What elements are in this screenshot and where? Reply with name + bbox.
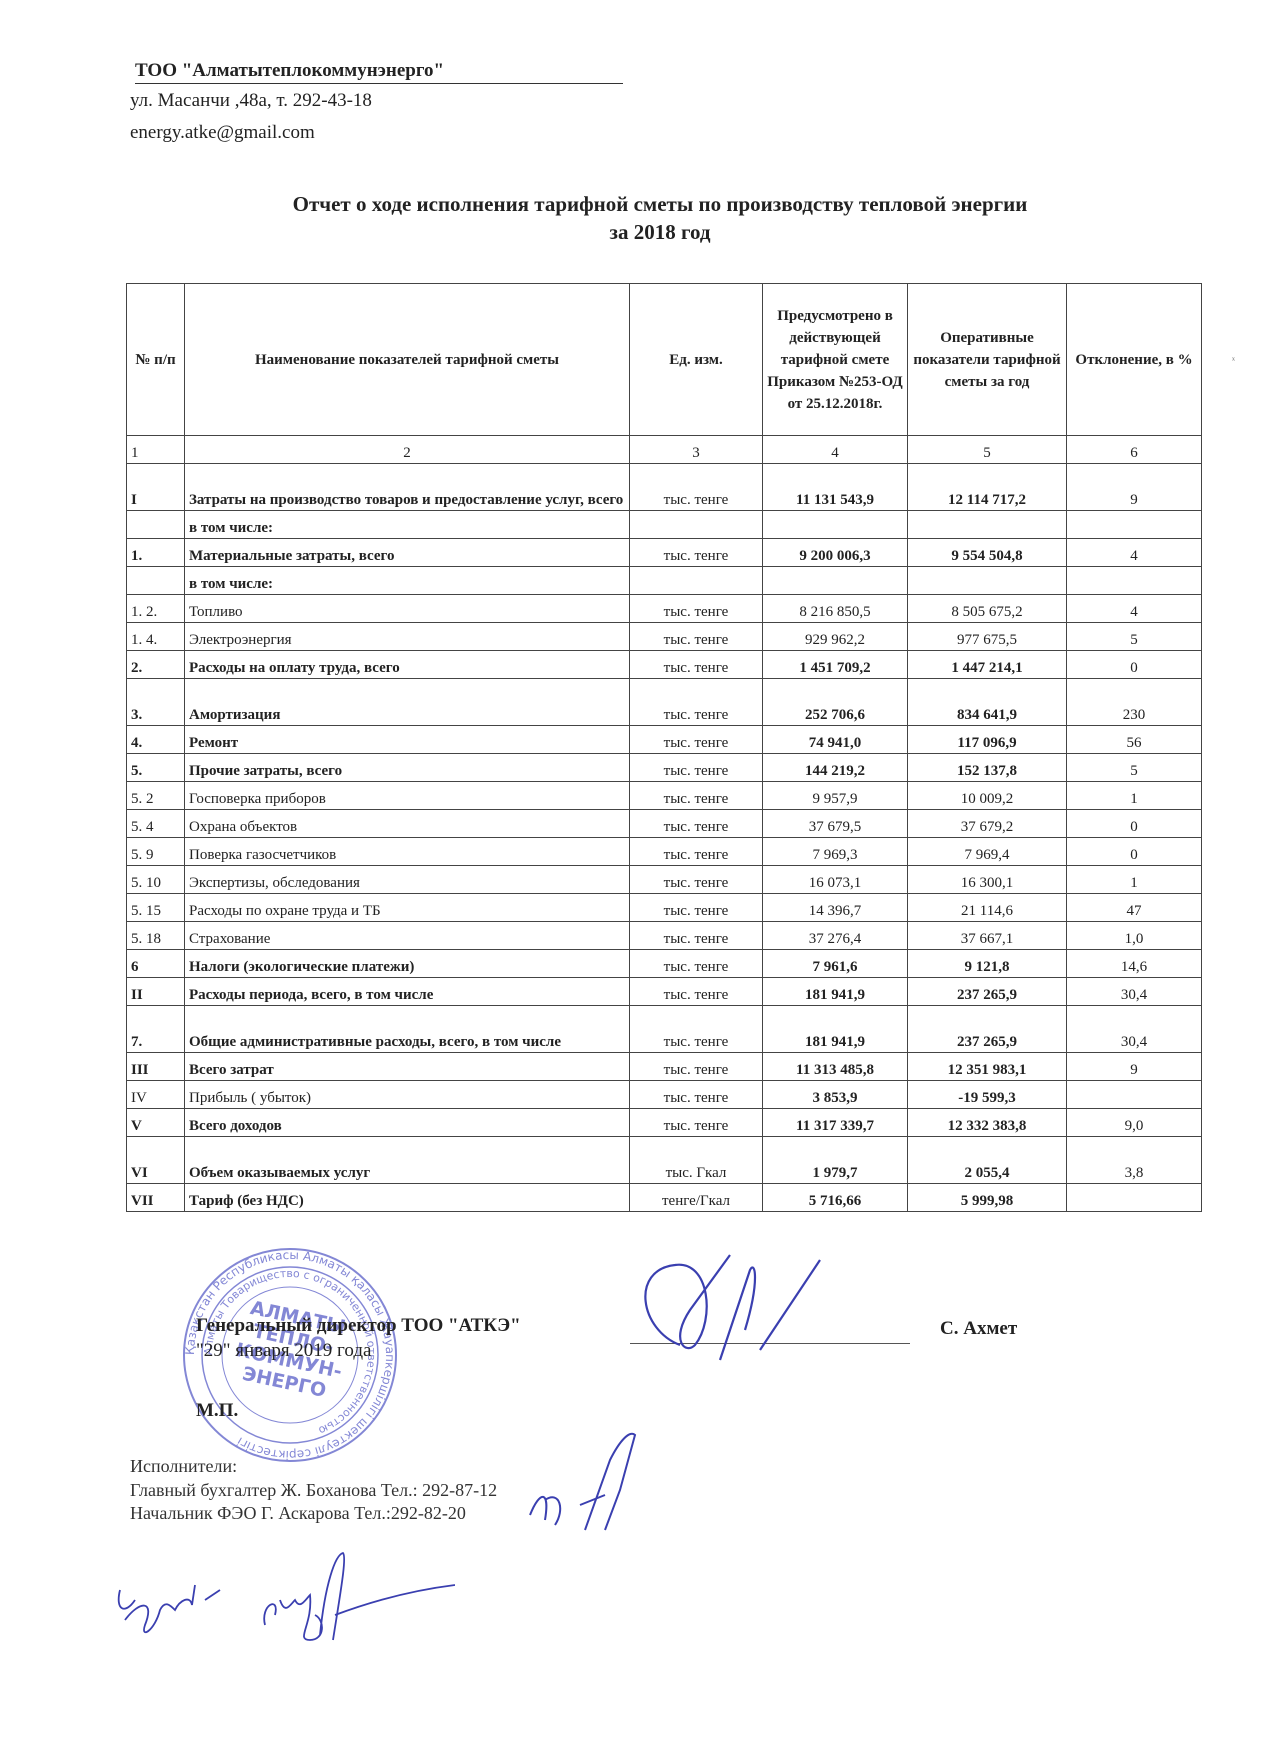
table-row: 1.Материальные затраты, всеготыс. тенге9…: [127, 539, 1202, 567]
row-planned-value: [763, 511, 908, 539]
row-actual-value: 37 679,2: [908, 810, 1067, 838]
row-deviation: 0: [1067, 838, 1202, 866]
executor-chief-accountant: Главный бухгалтер Ж. Боханова Тел.: 292-…: [130, 1480, 497, 1501]
row-actual-value: 12 114 717,2: [908, 464, 1067, 511]
row-planned-value: 181 941,9: [763, 978, 908, 1006]
row-deviation: 9,0: [1067, 1109, 1202, 1137]
row-code: 4.: [127, 726, 185, 754]
column-index-row: 1 2 3 4 5 6: [127, 436, 1202, 464]
row-indicator-name: Амортизация: [185, 679, 630, 726]
row-unit: тыс. тенге: [630, 539, 763, 567]
row-deviation: 14,6: [1067, 950, 1202, 978]
row-actual-value: -19 599,3: [908, 1081, 1067, 1109]
tariff-estimate-table: № п/п Наименование показателей тарифной …: [126, 283, 1202, 1212]
row-code: II: [127, 978, 185, 1006]
scan-mark: ˣ: [1232, 355, 1235, 366]
table-row: 5. 4Охрана объектовтыс. тенге37 679,537 …: [127, 810, 1202, 838]
row-deviation: 3,8: [1067, 1137, 1202, 1184]
table-row: 6Налоги (экологические платежи)тыс. тенг…: [127, 950, 1202, 978]
row-unit: [630, 511, 763, 539]
row-indicator-name: Налоги (экологические платежи): [185, 950, 630, 978]
row-code: III: [127, 1053, 185, 1081]
row-planned-value: 11 313 485,8: [763, 1053, 908, 1081]
row-indicator-name: в том числе:: [185, 511, 630, 539]
row-code: IV: [127, 1081, 185, 1109]
header-deviation: Отклонение, в %: [1067, 284, 1202, 436]
row-actual-value: 16 300,1: [908, 866, 1067, 894]
row-planned-value: 11 317 339,7: [763, 1109, 908, 1137]
table-row: 2.Расходы на оплату труда, всеготыс. тен…: [127, 651, 1202, 679]
row-actual-value: 117 096,9: [908, 726, 1067, 754]
row-actual-value: 12 351 983,1: [908, 1053, 1067, 1081]
row-planned-value: [763, 567, 908, 595]
table-row: 4.Ремонттыс. тенге74 941,0117 096,956: [127, 726, 1202, 754]
organization-address: ул. Масанчи ,48а, т. 292-43-18: [130, 90, 372, 112]
executor-head-feo: Начальник ФЭО Г. Аскарова Тел.:292-82-20: [130, 1503, 466, 1524]
table-row: 5.Прочие затраты, всеготыс. тенге144 219…: [127, 754, 1202, 782]
director-signature-icon: [620, 1250, 840, 1380]
table-row: VВсего доходовтыс. тенге11 317 339,712 3…: [127, 1109, 1202, 1137]
row-planned-value: 37 276,4: [763, 922, 908, 950]
table-row: 3.Амортизациятыс. тенге252 706,6834 641,…: [127, 679, 1202, 726]
table-row: 5. 10Экспертизы, обследованиятыс. тенге1…: [127, 866, 1202, 894]
row-actual-value: 12 332 383,8: [908, 1109, 1067, 1137]
table-row: IIРасходы периода, всего, в том числетыс…: [127, 978, 1202, 1006]
row-indicator-name: Страхование: [185, 922, 630, 950]
row-unit: [630, 567, 763, 595]
header-planned: Предусмотрено в действующей тарифной сме…: [763, 284, 908, 436]
row-unit: тыс. тенге: [630, 1006, 763, 1053]
row-deviation: 47: [1067, 894, 1202, 922]
report-title-line2: за 2018 год: [180, 218, 1140, 246]
organization-name: ТОО "Алматытеплокоммунэнерго": [135, 60, 623, 84]
row-actual-value: 977 675,5: [908, 623, 1067, 651]
executors-label: Исполнители:: [130, 1456, 237, 1477]
row-actual-value: 10 009,2: [908, 782, 1067, 810]
row-unit: тыс. тенге: [630, 651, 763, 679]
row-deviation: [1067, 567, 1202, 595]
table-row: 5. 2Госповерка приборовтыс. тенге9 957,9…: [127, 782, 1202, 810]
row-deviation: [1067, 511, 1202, 539]
row-indicator-name: Экспертизы, обследования: [185, 866, 630, 894]
row-unit: тыс. тенге: [630, 838, 763, 866]
row-planned-value: 37 679,5: [763, 810, 908, 838]
row-unit: тыс. тенге: [630, 754, 763, 782]
director-name: С. Ахмет: [940, 1318, 1017, 1340]
director-title: Генеральный директор ТОО "АТКЭ": [196, 1315, 521, 1337]
row-unit: тыс. Гкал: [630, 1137, 763, 1184]
row-actual-value: [908, 511, 1067, 539]
row-planned-value: 1 451 709,2: [763, 651, 908, 679]
row-unit: тыс. тенге: [630, 679, 763, 726]
row-actual-value: 7 969,4: [908, 838, 1067, 866]
row-deviation: 9: [1067, 1053, 1202, 1081]
table-row: IIIВсего затраттыс. тенге11 313 485,812 …: [127, 1053, 1202, 1081]
column-index: 3: [630, 436, 763, 464]
row-actual-value: 8 505 675,2: [908, 595, 1067, 623]
row-planned-value: 11 131 543,9: [763, 464, 908, 511]
header-number: № п/п: [127, 284, 185, 436]
row-code: 5. 4: [127, 810, 185, 838]
header-unit: Ед. изм.: [630, 284, 763, 436]
approval-signature-icon: [110, 1570, 230, 1640]
row-indicator-name: Тариф (без НДС): [185, 1184, 630, 1212]
row-planned-value: 1 979,7: [763, 1137, 908, 1184]
row-code: I: [127, 464, 185, 511]
row-planned-value: 9 200 006,3: [763, 539, 908, 567]
row-unit: тыс. тенге: [630, 1053, 763, 1081]
row-planned-value: 16 073,1: [763, 866, 908, 894]
row-indicator-name: Всего затрат: [185, 1053, 630, 1081]
table-row: 1. 2.Топливотыс. тенге8 216 850,58 505 6…: [127, 595, 1202, 623]
table-row: в том числе:: [127, 511, 1202, 539]
row-planned-value: 8 216 850,5: [763, 595, 908, 623]
row-code: 6: [127, 950, 185, 978]
row-unit: тыс. тенге: [630, 978, 763, 1006]
row-deviation: 1,0: [1067, 922, 1202, 950]
row-indicator-name: Расходы на оплату труда, всего: [185, 651, 630, 679]
table-row: IЗатраты на производство товаров и предо…: [127, 464, 1202, 511]
row-planned-value: 252 706,6: [763, 679, 908, 726]
row-indicator-name: Объем оказываемых услуг: [185, 1137, 630, 1184]
row-deviation: 0: [1067, 651, 1202, 679]
row-actual-value: 237 265,9: [908, 978, 1067, 1006]
row-actual-value: 9 121,8: [908, 950, 1067, 978]
row-actual-value: 1 447 214,1: [908, 651, 1067, 679]
seal-label: М.П.: [196, 1400, 238, 1422]
row-deviation: 30,4: [1067, 978, 1202, 1006]
report-title-line1: Отчет о ходе исполнения тарифной сметы п…: [180, 190, 1140, 218]
row-deviation: 4: [1067, 595, 1202, 623]
row-code: 5. 9: [127, 838, 185, 866]
row-unit: тыс. тенге: [630, 1109, 763, 1137]
row-unit: тыс. тенге: [630, 782, 763, 810]
row-planned-value: 144 219,2: [763, 754, 908, 782]
row-unit: тыс. тенге: [630, 810, 763, 838]
row-unit: тыс. тенге: [630, 950, 763, 978]
row-unit: тыс. тенге: [630, 1081, 763, 1109]
row-planned-value: 3 853,9: [763, 1081, 908, 1109]
report-title: Отчет о ходе исполнения тарифной сметы п…: [180, 190, 1140, 246]
row-indicator-name: в том числе:: [185, 567, 630, 595]
row-code: V: [127, 1109, 185, 1137]
organization-email: energy.atke@gmail.com: [130, 122, 315, 144]
row-planned-value: 14 396,7: [763, 894, 908, 922]
table-row: 5. 9Поверка газосчетчиковтыс. тенге7 969…: [127, 838, 1202, 866]
row-deviation: 9: [1067, 464, 1202, 511]
row-deviation: 1: [1067, 782, 1202, 810]
row-indicator-name: Общие административные расходы, всего, в…: [185, 1006, 630, 1053]
row-unit: тыс. тенге: [630, 623, 763, 651]
row-indicator-name: Расходы по охране труда и ТБ: [185, 894, 630, 922]
row-indicator-name: Затраты на производство товаров и предос…: [185, 464, 630, 511]
row-indicator-name: Поверка газосчетчиков: [185, 838, 630, 866]
row-indicator-name: Электроэнергия: [185, 623, 630, 651]
signature-date: "29" января 2019 года: [196, 1340, 371, 1362]
row-actual-value: 237 265,9: [908, 1006, 1067, 1053]
row-code: 5. 2: [127, 782, 185, 810]
row-unit: тыс. тенге: [630, 726, 763, 754]
row-planned-value: 9 957,9: [763, 782, 908, 810]
row-planned-value: 181 941,9: [763, 1006, 908, 1053]
row-deviation: 1: [1067, 866, 1202, 894]
table-row: 5. 15Расходы по охране труда и ТБтыс. те…: [127, 894, 1202, 922]
row-actual-value: 5 999,98: [908, 1184, 1067, 1212]
row-unit: тыс. тенге: [630, 922, 763, 950]
row-unit: тенге/Гкал: [630, 1184, 763, 1212]
row-code: 1.: [127, 539, 185, 567]
executor-signature-icon: [525, 1430, 665, 1540]
row-actual-value: 9 554 504,8: [908, 539, 1067, 567]
column-index: 4: [763, 436, 908, 464]
table-row: 5. 18Страхованиетыс. тенге37 276,437 667…: [127, 922, 1202, 950]
table-row: 7.Общие административные расходы, всего,…: [127, 1006, 1202, 1053]
table-row: в том числе:: [127, 567, 1202, 595]
row-indicator-name: Госповерка приборов: [185, 782, 630, 810]
row-planned-value: 7 969,3: [763, 838, 908, 866]
row-planned-value: 5 716,66: [763, 1184, 908, 1212]
row-code: 5.: [127, 754, 185, 782]
column-index: 5: [908, 436, 1067, 464]
row-planned-value: 7 961,6: [763, 950, 908, 978]
row-planned-value: 74 941,0: [763, 726, 908, 754]
column-index: 6: [1067, 436, 1202, 464]
row-code: [127, 567, 185, 595]
row-code: 5. 10: [127, 866, 185, 894]
row-unit: тыс. тенге: [630, 894, 763, 922]
row-indicator-name: Топливо: [185, 595, 630, 623]
row-deviation: 5: [1067, 754, 1202, 782]
row-code: 1. 2.: [127, 595, 185, 623]
table-body: IЗатраты на производство товаров и предо…: [127, 464, 1202, 1212]
row-deviation: 30,4: [1067, 1006, 1202, 1053]
table-row: VIОбъем оказываемых услугтыс. Гкал1 979,…: [127, 1137, 1202, 1184]
row-actual-value: 21 114,6: [908, 894, 1067, 922]
row-indicator-name: Прибыль ( убыток): [185, 1081, 630, 1109]
row-unit: тыс. тенге: [630, 595, 763, 623]
row-code: 5. 18: [127, 922, 185, 950]
table-row: IVПрибыль ( убыток)тыс. тенге3 853,9-19 …: [127, 1081, 1202, 1109]
row-unit: тыс. тенге: [630, 464, 763, 511]
row-deviation: [1067, 1184, 1202, 1212]
row-deviation: 230: [1067, 679, 1202, 726]
row-deviation: 5: [1067, 623, 1202, 651]
column-index: 1: [127, 436, 185, 464]
table-row: VIIТариф (без НДС)тенге/Гкал5 716,665 99…: [127, 1184, 1202, 1212]
row-deviation: 56: [1067, 726, 1202, 754]
row-planned-value: 929 962,2: [763, 623, 908, 651]
row-indicator-name: Материальные затраты, всего: [185, 539, 630, 567]
header-indicator-name: Наименование показателей тарифной сметы: [185, 284, 630, 436]
row-code: 7.: [127, 1006, 185, 1053]
row-indicator-name: Ремонт: [185, 726, 630, 754]
row-code: [127, 511, 185, 539]
row-unit: тыс. тенге: [630, 866, 763, 894]
row-code: 2.: [127, 651, 185, 679]
row-deviation: 0: [1067, 810, 1202, 838]
row-indicator-name: Охрана объектов: [185, 810, 630, 838]
table-header-row: № п/п Наименование показателей тарифной …: [127, 284, 1202, 436]
row-actual-value: [908, 567, 1067, 595]
row-deviation: [1067, 1081, 1202, 1109]
row-deviation: 4: [1067, 539, 1202, 567]
row-actual-value: 152 137,8: [908, 754, 1067, 782]
row-indicator-name: Всего доходов: [185, 1109, 630, 1137]
row-actual-value: 2 055,4: [908, 1137, 1067, 1184]
row-code: VII: [127, 1184, 185, 1212]
row-indicator-name: Расходы периода, всего, в том числе: [185, 978, 630, 1006]
row-actual-value: 37 667,1: [908, 922, 1067, 950]
row-code: 3.: [127, 679, 185, 726]
approval-signature-icon: [255, 1545, 455, 1655]
row-code: VI: [127, 1137, 185, 1184]
column-index: 2: [185, 436, 630, 464]
header-actual: Оперативные показатели тарифной сметы за…: [908, 284, 1067, 436]
row-actual-value: 834 641,9: [908, 679, 1067, 726]
row-indicator-name: Прочие затраты, всего: [185, 754, 630, 782]
table-row: 1. 4.Электроэнергиятыс. тенге929 962,297…: [127, 623, 1202, 651]
row-code: 5. 15: [127, 894, 185, 922]
row-code: 1. 4.: [127, 623, 185, 651]
